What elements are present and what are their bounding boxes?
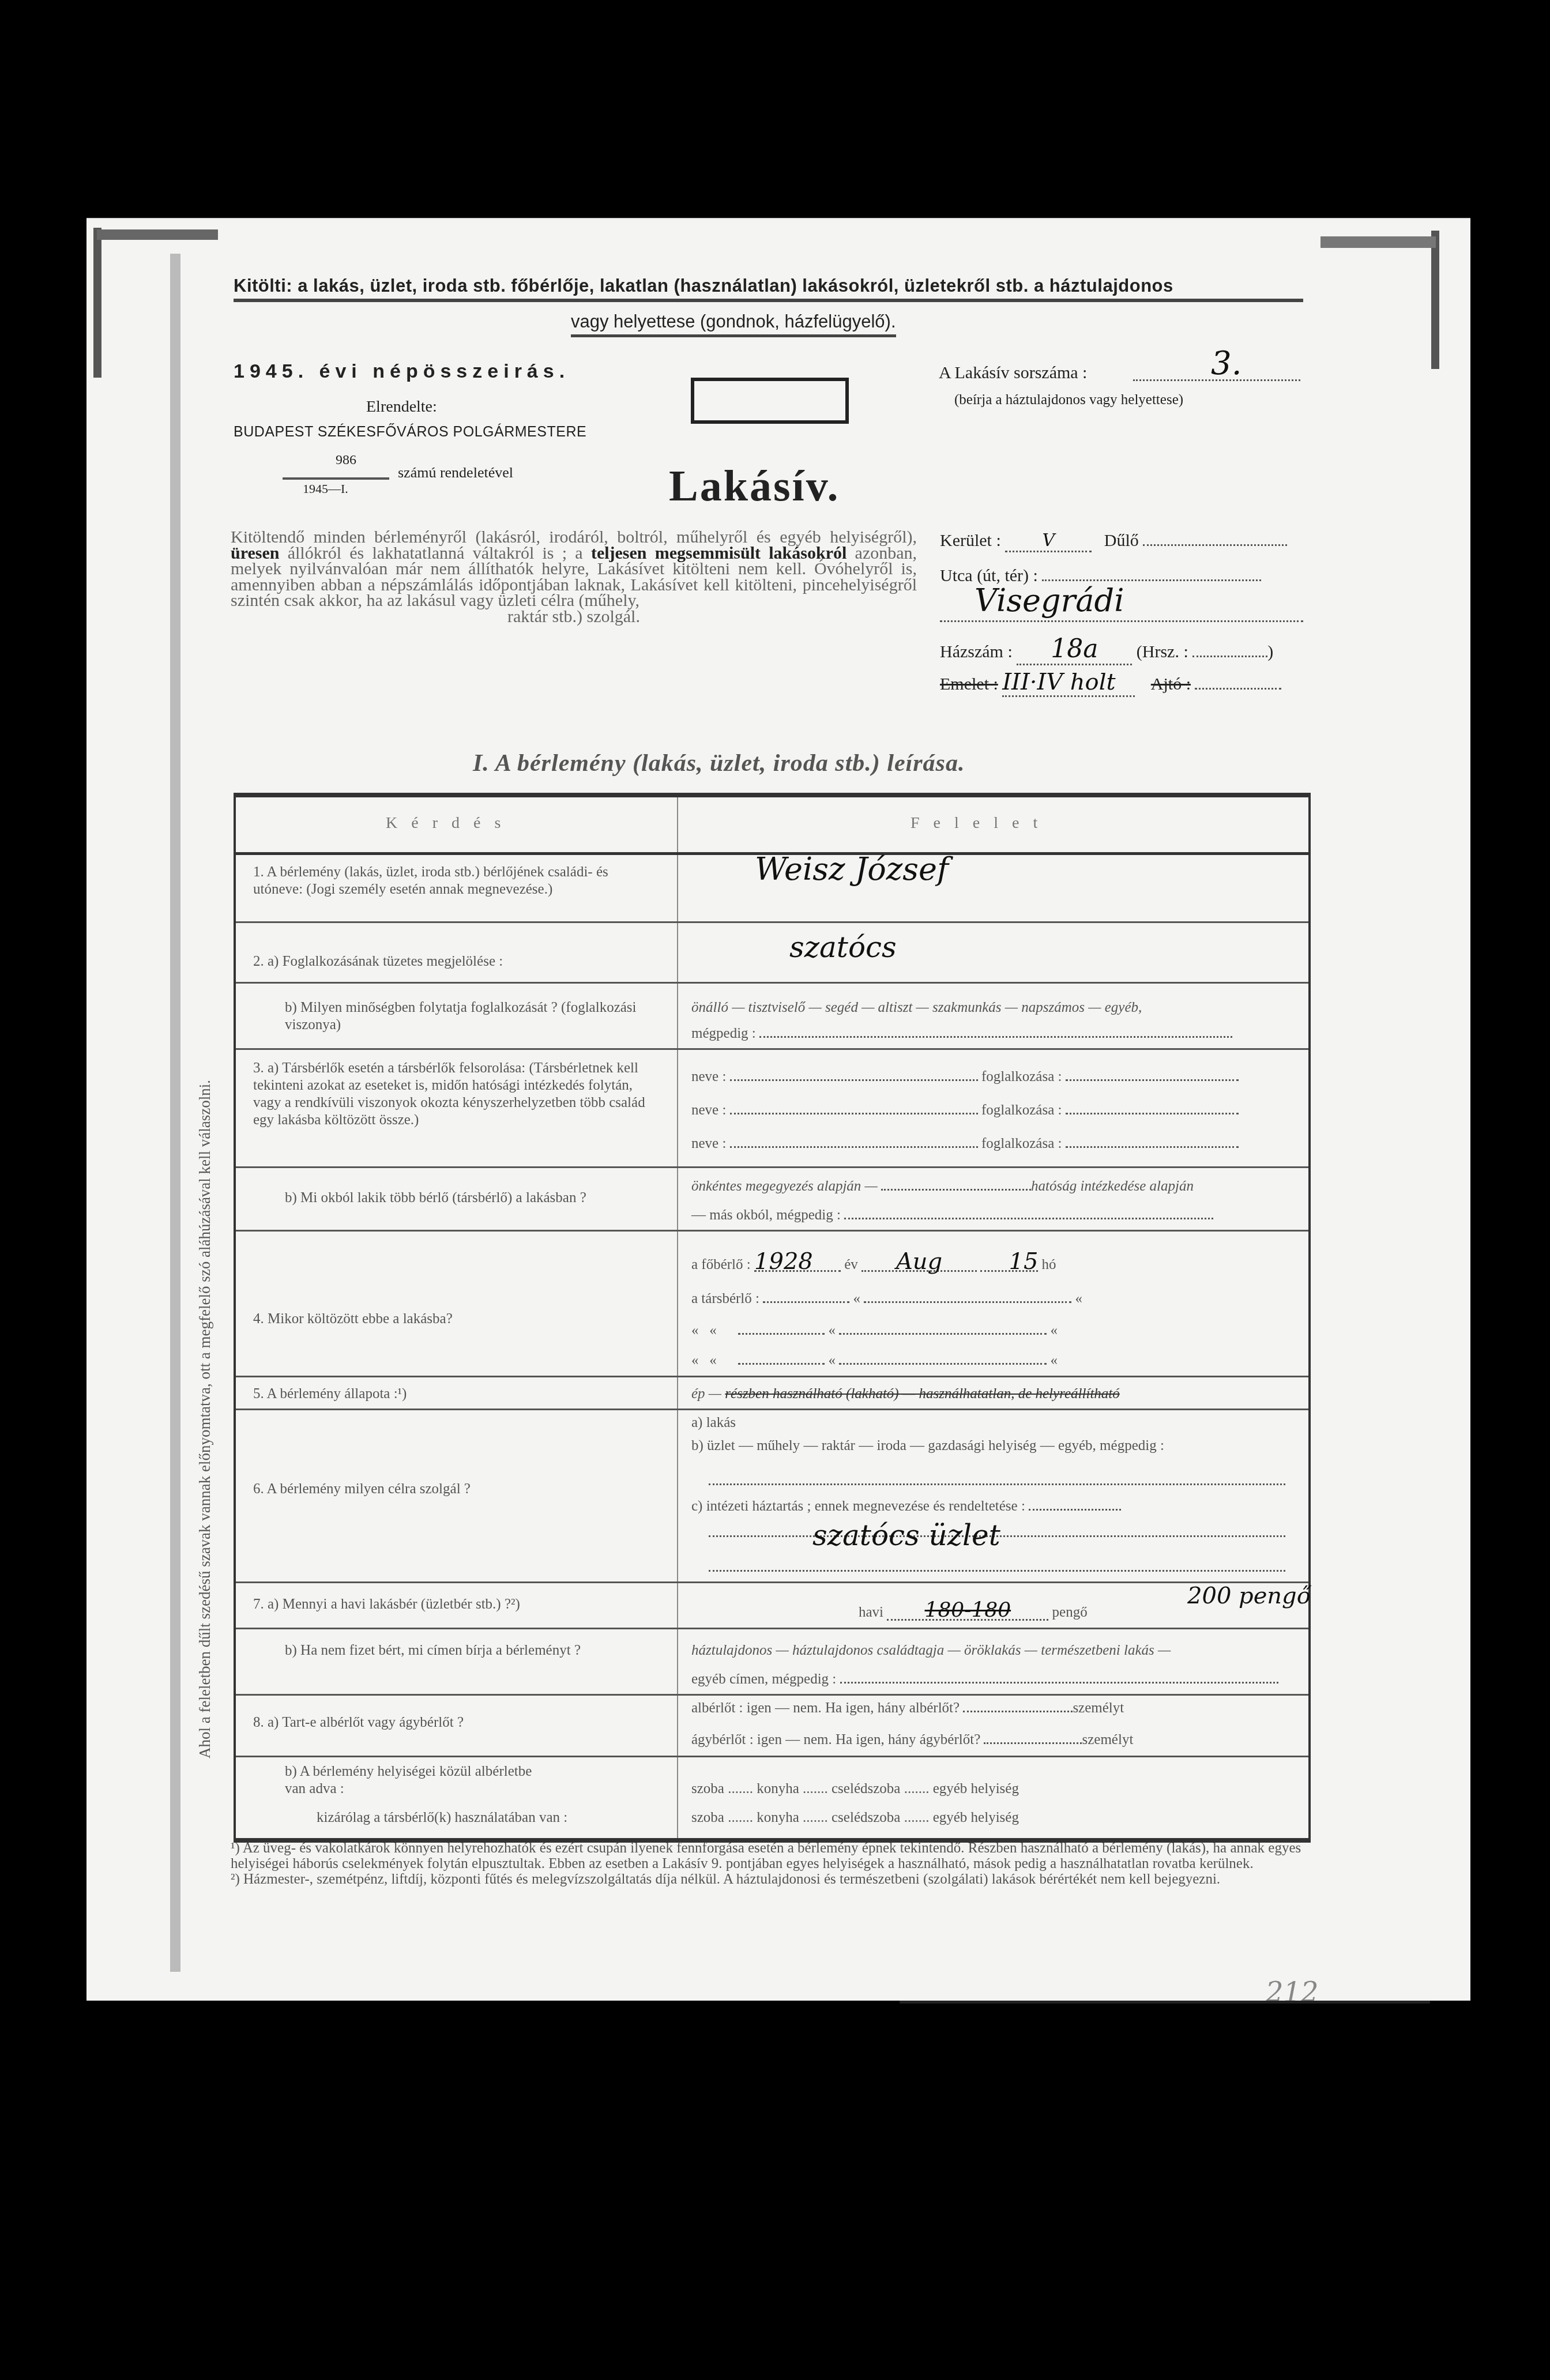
condition-intact: ép — <box>691 1386 721 1402</box>
subtenant-count-field <box>963 1711 1073 1712</box>
question-7b: b) Ha nem fizet bért, mi címen bírja a b… <box>285 1642 642 1659</box>
ditto-mark: « <box>1075 1291 1083 1306</box>
row-rule <box>236 1230 1308 1232</box>
co-tenant-occupation-label: foglalkozása : <box>981 1136 1062 1151</box>
co-tenant-name-label: neve : <box>691 1069 726 1084</box>
column-divider <box>677 797 678 1838</box>
house-value: 18a <box>1017 634 1132 665</box>
ditto-mark: « <box>1051 1353 1058 1368</box>
house-number-row: Házszám : 18a (Hrsz. : ) <box>940 634 1273 665</box>
row-rule <box>236 982 1308 984</box>
house-label: Házszám : <box>940 642 1013 661</box>
order-year: 1945—I. <box>303 481 348 496</box>
main-tenant-label: a főbérlő : <box>691 1257 751 1272</box>
sheet-bottom-edge <box>900 2001 1430 2004</box>
street-field-line2 <box>940 620 1303 622</box>
question-6: 6. A bérlemény milyen célra szolgál ? <box>253 1481 657 1498</box>
answer-8a-subtenant: albérlőt : igen — nem. Ha igen, hány alb… <box>691 1700 1297 1717</box>
date-field <box>839 1363 1047 1365</box>
question-8b-cotenant: kizárólag a társbérlő(k) használatában v… <box>317 1809 720 1827</box>
answer-8b-sublet-rooms: szoba ....... konyha ....... cselédszoba… <box>691 1780 1297 1798</box>
section-title: I. A bérlemény (lakás, üzlet, iroda stb.… <box>473 750 965 777</box>
answer-6a: a) lakás <box>691 1414 1297 1432</box>
co-tenant-name-field <box>730 1113 978 1114</box>
co-tenant-occupation-field <box>1066 1113 1239 1114</box>
hrsz-label: (Hrsz. : <box>1137 642 1188 661</box>
door-label: Ajtó : <box>1151 675 1191 694</box>
co-tenant-name-field <box>730 1146 978 1148</box>
answer-7b-options: háztulajdonos — háztulajdonos családtagj… <box>691 1642 1297 1659</box>
year-field <box>738 1363 825 1365</box>
question-2b: b) Milyen minőségben folytatja foglalkoz… <box>285 999 654 1034</box>
serial-value: 3. <box>1211 345 1241 382</box>
subtenant-question: albérlőt : igen — nem. Ha igen, hány alb… <box>691 1700 960 1716</box>
side-instruction: Ahol a feleletben dűlt szedésű szavak va… <box>196 1080 214 1758</box>
ditto-mark: « <box>853 1291 861 1306</box>
ditto-mark: « <box>829 1323 836 1338</box>
questionnaire-table: Kérdés Felelet 1. A bérlemény (lakás, üz… <box>234 793 1311 1843</box>
move-in-year: 1928 <box>754 1253 841 1272</box>
currency-label: pengő <box>1052 1605 1088 1620</box>
row-rule <box>236 1581 1308 1583</box>
row-rule <box>236 1694 1308 1696</box>
answer-6c-label: c) intézeti háztartás ; ennek megnevezés… <box>691 1498 1025 1514</box>
row-rule <box>236 1756 1308 1757</box>
column-header-answer: Felelet <box>911 815 1051 832</box>
footnotes: ¹) Az üveg- és vakolatkárok könnyen hely… <box>231 1840 1315 1887</box>
answer-3b-authority: hatóság intézkedése alapján <box>1031 1178 1194 1194</box>
ditto-mark: « <box>709 1353 717 1368</box>
answer-8a-bedtenant: ágybérlőt : igen — nem. Ha igen, hány ág… <box>691 1731 1297 1749</box>
date-field <box>839 1333 1047 1335</box>
answer-3b-line2: — más okból, mégpedig : <box>691 1207 1297 1224</box>
scan-frame-left-top <box>97 229 218 240</box>
co-tenant-year-field <box>763 1301 849 1303</box>
answer-6-purpose: szatócs üzlet <box>812 1527 1418 1544</box>
order-number: 986 <box>326 453 366 468</box>
question-1: 1. A bérlemény (lakás, üzlet, iroda stb.… <box>253 864 657 898</box>
bedtenant-count-field <box>984 1742 1082 1744</box>
row-rule <box>236 1048 1308 1050</box>
co-tenant-label: a társbérlő : <box>691 1291 759 1306</box>
co-tenant-occupation-field <box>1066 1079 1239 1081</box>
ditto-mark: « <box>691 1353 699 1368</box>
floor-value: III·IV holt <box>1002 669 1135 697</box>
hrsz-close: ) <box>1267 642 1273 661</box>
day-label: hó <box>1042 1257 1056 1272</box>
dulo-label: Dűlő <box>1104 531 1139 550</box>
footnote-2: ²) Házmester-, szemétpénz, liftdíj, közp… <box>231 1871 1315 1887</box>
answer-3a-row3: neve : foglalkozása : <box>691 1135 1297 1153</box>
floor-label: Emelet : <box>940 675 998 694</box>
year-field <box>738 1333 825 1335</box>
answer-7b-more: egyéb címen, mégpedig : <box>691 1671 1297 1688</box>
serial-label: A Lakásív sorszáma : <box>939 363 1087 383</box>
row-rule <box>236 1166 1308 1168</box>
co-tenant-name-label: neve : <box>691 1136 726 1151</box>
street-field <box>1042 579 1261 581</box>
answer-4-row3: « « « « <box>691 1322 1297 1339</box>
co-tenant-occupation-label: foglalkozása : <box>981 1069 1062 1084</box>
scan-frame-right-top <box>1320 236 1436 248</box>
answer-5-condition: ép — részben használható (lakható) — has… <box>691 1385 1297 1403</box>
ordered-by-label: Elrendelte: <box>366 398 437 416</box>
scan-frame-left <box>93 228 101 378</box>
answer-6b: b) üzlet — műhely — raktár — iroda — gaz… <box>691 1437 1297 1455</box>
question-8b-sublet: b) A bérlemény helyiségei közül albérlet… <box>285 1763 544 1798</box>
footnote-1: ¹) Az üveg- és vakolatkárok könnyen hely… <box>231 1840 1315 1871</box>
answer-2a-occupation: szatócs <box>789 939 1395 956</box>
person-unit: személyt <box>1073 1700 1124 1716</box>
answer-7b-field <box>840 1682 1278 1684</box>
co-tenant-date-field <box>864 1301 1071 1303</box>
ditto-mark: « <box>829 1353 836 1368</box>
answer-3a-row1: neve : foglalkozása : <box>691 1068 1297 1086</box>
condition-struck-options: részben használható (lakható) — használh… <box>725 1386 1119 1402</box>
question-5: 5. A bérlemény állapota :¹) <box>253 1385 657 1403</box>
answer-4-main-tenant: a főbérlő : 1928 év Aug 15 hó <box>691 1253 1297 1274</box>
answer-6c-field-line2 <box>709 1558 1285 1572</box>
co-tenant-occupation-label: foglalkozása : <box>981 1102 1062 1118</box>
authority-name: BUDAPEST SZÉKESFŐVÁROS POLGÁRMESTERE <box>234 424 586 440</box>
row-rule <box>236 1628 1308 1629</box>
street-value: Visegrádi <box>975 582 1124 619</box>
answer-3a-row2: neve : foglalkozása : <box>691 1102 1297 1119</box>
answer-6c-field <box>1029 1509 1121 1511</box>
census-title: 1945. évi népösszeirás. <box>234 360 570 383</box>
co-tenant-name-field <box>730 1079 978 1081</box>
hrsz-field <box>1192 656 1267 657</box>
answer-6b-field <box>709 1472 1285 1485</box>
row-rule <box>236 1409 1308 1410</box>
co-tenant-name-label: neve : <box>691 1102 726 1118</box>
question-3a: 3. a) Társbérlők esetén a társbérlők fel… <box>253 1060 657 1129</box>
answer-3b-other-label: — más okból, mégpedig : <box>691 1207 841 1223</box>
answer-2b-field <box>759 1036 1232 1038</box>
answer-4-co-tenant: a társbérlő : « « <box>691 1290 1297 1308</box>
answer-2b-more: mégpedig : <box>691 1025 1297 1042</box>
intro-text-4: raktár stb.) szolgál. <box>231 609 917 625</box>
question-4: 4. Mikor költözött ebbe a lakásba? <box>253 1310 657 1328</box>
order-text: számú rendeletével <box>398 464 513 481</box>
dulo-field <box>1143 544 1287 546</box>
question-8a: 8. a) Tart-e albérlőt vagy ágybérlőt ? <box>253 1714 657 1731</box>
answer-8b-cotenant-rooms: szoba ....... konyha ....... cselédszoba… <box>691 1809 1297 1827</box>
page-annotation: 212 <box>1266 1976 1319 2009</box>
monthly-label: havi <box>859 1605 883 1620</box>
district-label: Kerület : <box>940 531 1001 550</box>
intro-instructions: Kitöltendő minden bérleményről (lakásról… <box>231 529 917 624</box>
answer-3b-other-field <box>844 1218 1213 1219</box>
answer-3b-line1: önkéntes megegyezés alapján — hatóság in… <box>691 1178 1297 1195</box>
column-header-question: Kérdés <box>386 815 514 832</box>
order-fraction-line <box>283 477 389 480</box>
answer-4-row4: « « « « <box>691 1352 1297 1369</box>
district-value: V <box>1005 530 1092 552</box>
answer-3b-voluntary: önkéntes megegyezés alapján — <box>691 1178 878 1194</box>
answer-7a-rent: havi 180-180 pengő <box>859 1602 1464 1621</box>
floor-row: Emelet : III·IV holt Ajtó : <box>940 669 1281 697</box>
question-3b: b) Mi okból lakik több bérlő (társbérlő)… <box>285 1189 654 1207</box>
rent-struck-value: 180-180 <box>887 1602 1048 1621</box>
row-rule <box>236 1376 1308 1377</box>
door-field <box>1195 688 1281 690</box>
ditto-mark: « <box>1051 1323 1058 1338</box>
district-row: Kerület : V Dűlő <box>940 530 1287 552</box>
answer-1-tenant-name: Weisz József <box>755 861 1360 878</box>
move-in-day: 15 <box>980 1253 1038 1272</box>
answer-6c: c) intézeti háztartás ; ennek megnevezés… <box>691 1498 1297 1515</box>
person-unit: személyt <box>1082 1732 1133 1748</box>
answer-2b-options: önálló — tisztviselő — segéd — altiszt —… <box>691 999 1297 1016</box>
serial-note: (beírja a háztulajdonos vagy helyettese) <box>954 392 1183 408</box>
question-7a: 7. a) Mennyi a havi lakásbér (üzletbér s… <box>253 1596 657 1613</box>
year-label: év <box>844 1257 858 1272</box>
move-in-month: Aug <box>861 1253 977 1272</box>
filler-instruction-line1: Kitölti: a lakás, üzlet, iroda stb. főbé… <box>234 276 1303 302</box>
ditto-mark: « <box>691 1323 699 1338</box>
row-rule <box>236 921 1308 923</box>
ditto-mark: « <box>709 1323 717 1338</box>
answer-2b-more-label: mégpedig : <box>691 1026 756 1041</box>
form-title: Lakásív. <box>669 461 840 511</box>
answer-3b-field <box>881 1189 1031 1191</box>
co-tenant-occupation-field <box>1066 1146 1239 1148</box>
question-2a: 2. a) Foglalkozásának tüzetes megjelölés… <box>253 953 657 970</box>
rent-value: 200 pengő <box>1187 1587 1550 1605</box>
blank-stamp-box <box>691 378 849 424</box>
filler-instruction-line2: vagy helyettese (gondnok, házfelügyelő). <box>571 311 896 337</box>
bedtenant-question: ágybérlőt : igen — nem. Ha igen, hány ág… <box>691 1732 980 1748</box>
answer-7b-more-label: egyéb címen, mégpedig : <box>691 1671 836 1687</box>
